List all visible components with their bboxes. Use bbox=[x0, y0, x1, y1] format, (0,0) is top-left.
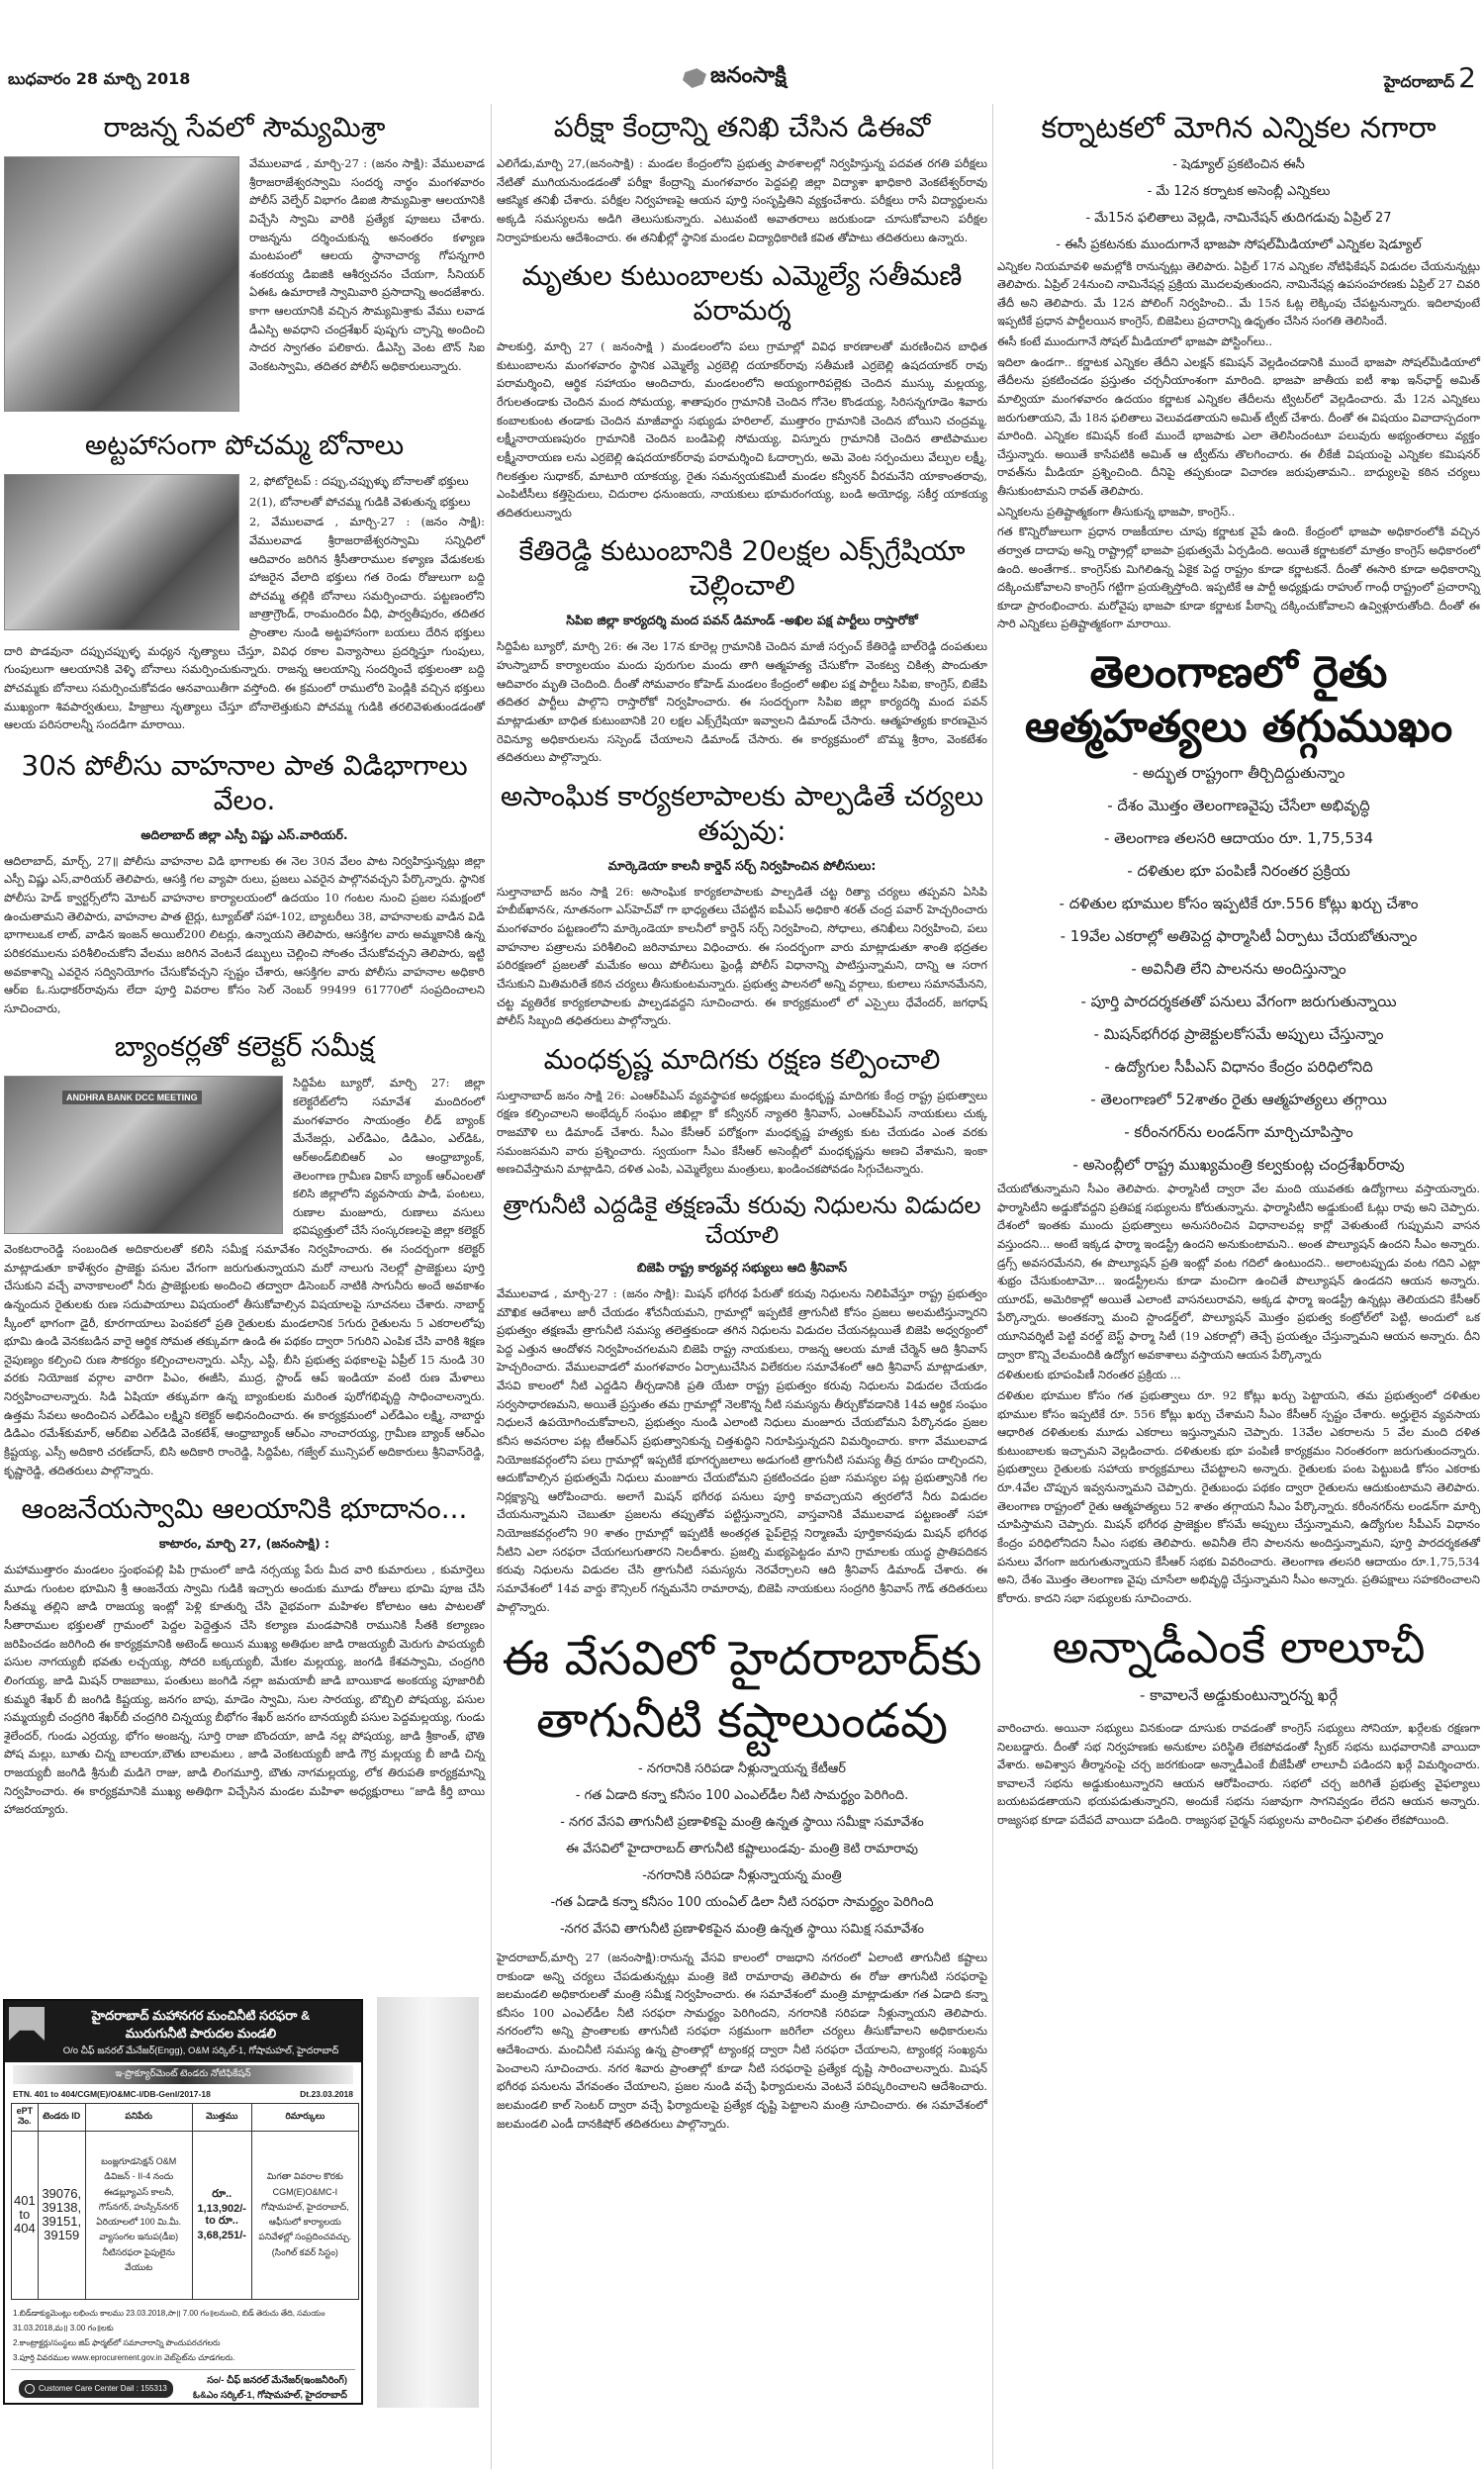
ad-signature: సం/- చీఫ్ జనరల్ మేనేజర్(ఇంజనీరింగ్) ఓ&ఎం… bbox=[193, 2374, 347, 2403]
column-divider bbox=[992, 104, 993, 2469]
summary-bullet: - కరీంనగర్‌ను లండన్‌గా మార్చిచూపిస్తాం bbox=[997, 1123, 1480, 1145]
masthead: బుధవారం 28 మార్చి 2018 జనంసాక్షి హైదరాబా… bbox=[0, 61, 1484, 97]
subsection-heading: ఎన్నికలను ప్రతిష్టాత్మకంగా తీసుకున్న భాజ… bbox=[997, 503, 1480, 522]
summary-bullet: - తెలంగాణలో 52శాతం రైతు ఆత్మహత్యలు తగ్గా… bbox=[997, 1091, 1480, 1112]
summary-bullet: - మిషన్‌భగీరథ ప్రాజెక్టులకోసమే అప్పులు చ… bbox=[997, 1025, 1480, 1047]
ad-note: 1.బిడ్‌డాక్యుమెంట్లు లభించు కాలము 23.03.… bbox=[13, 2306, 353, 2335]
telangana-map-icon bbox=[683, 68, 706, 88]
ad-org-line2: మురుగునీటి పారుదల మండలి bbox=[45, 2025, 357, 2043]
summary-bullet: - దళితుల భూముల కోసం ఇప్పటికే రూ.556 కోట్… bbox=[997, 895, 1480, 916]
article-headline: తెలంగాణలో రైతు ఆత్మహత్యలు తగ్గుముఖం bbox=[997, 645, 1480, 754]
edition-label: హైదరాబాద్2 bbox=[1384, 61, 1476, 95]
work-name: బంజ్లగూడసెక్షన్ O&M డివిజన్ - II-4 నందు … bbox=[85, 2131, 192, 2299]
article-body: వారించారు. అయినా సభ్యులు వినకుండా దూసుకు… bbox=[997, 1719, 1480, 1830]
article-body: చేయబోతున్నామని సీఎం తెలిపారు. ఫార్మాసిటీ… bbox=[997, 1180, 1480, 1607]
summary-bullet: - మే 12న కర్నాటక అసెంబ్లీ ఎన్నికలు bbox=[997, 184, 1480, 202]
summary-bullet: - అద్భుత రాష్ట్రంగా తీర్చిదిద్దుతున్నాం bbox=[997, 764, 1480, 786]
summary-bullet: - తెలంగాణ తలసరి ఆదాయం రూ. 1,75,534 bbox=[997, 829, 1480, 851]
article-subhead: సిపిఐ జిల్లా కార్యదర్శి మంద పవన్ డిమాండ్… bbox=[497, 613, 987, 631]
bonalu-photo bbox=[4, 474, 239, 630]
temple-photo bbox=[4, 156, 239, 412]
article-anjaneya: ఆంజనేయస్వామి ఆలయానికి భూదానం... కాటారం, … bbox=[4, 1491, 485, 1819]
summary-bullet: - గత ఏడాది కన్నా కనీసం 100 ఎంఎల్‌డీల నీట… bbox=[497, 1788, 987, 1806]
summary-bullet: - దళితుల భూ పంపిణీ నిరంతర ప్రక్రియ bbox=[997, 862, 1480, 884]
summary-bullet: - నగరానికి సరిపడా నీళ్లున్నాయన్న కేటీఆర్ bbox=[497, 1761, 987, 1779]
issue-date: బుధవారం 28 మార్చి 2018 bbox=[8, 69, 190, 92]
headline-line: ఈ వేసవిలో హైదరాబాద్‌కు bbox=[497, 1628, 987, 1689]
subsection-heading: ఈసీ కంటే ముందుగానే సోషల్ మీడియాలో భాజపా … bbox=[997, 333, 1480, 351]
signature-line: సం/- చీఫ్ జనరల్ మేనేజర్(ఇంజనీరింగ్) bbox=[193, 2374, 347, 2388]
summary-bullet: -నగరానికి సరిపడా నీళ్లున్నాయన్న మంత్రి bbox=[497, 1868, 987, 1886]
article-headline: అన్నాడీఎంకే లాలూచీ bbox=[997, 1619, 1480, 1676]
page-number: 2 bbox=[1458, 61, 1476, 94]
article-subhead: బిజెపి రాష్ట్ర కార్యవర్గ సభ్యులు ఆది శ్ర… bbox=[497, 1260, 987, 1279]
article-headline: అట్టహాసంగా పోచమ్మ బోనాలు bbox=[4, 428, 485, 462]
article-headline: అసాంఘిక కార్యకలాపాలకు పాల్పడితే చర్యలు త… bbox=[497, 779, 987, 848]
col-header: రిమార్కులు bbox=[251, 2103, 358, 2131]
article-mla-wife-visit: మృతుల కుటుంబాలకు ఎమ్మెల్యే సతీమణి పరామర్… bbox=[497, 258, 987, 522]
article-headline: త్రాగునీటి ఎద్దడికై తక్షణమే కరువు నిధులన… bbox=[497, 1190, 987, 1250]
ad-note: 2.కాంట్రాక్టర్లు/సంస్థలు జిప్ ఫార్మట్‌లో… bbox=[13, 2335, 353, 2350]
customer-care-text: Customer Care Center Dail : 155313 bbox=[39, 2384, 167, 2393]
paragraph: చేయబోతున్నామని సీఎం తెలిపారు. ఫార్మాసిటీ… bbox=[997, 1180, 1480, 1364]
paragraph: గత కొన్నిరోజులుగా ప్రధాన రాజకీయాల చూపు క… bbox=[997, 523, 1480, 633]
headline-line: తెలంగాణలో రైతు bbox=[997, 645, 1480, 700]
col-header: ePT నెం. bbox=[12, 2103, 39, 2131]
article-dateline: కాటారం, మార్చి 27, (జనంసాక్షి) : bbox=[4, 1536, 485, 1555]
ad-footer: Customer Care Center Dail : 155313 సం/- … bbox=[11, 2369, 355, 2407]
article-pochamma: అట్టహాసంగా పోచమ్మ బోనాలు 2, ఫోటోరైటప్ : … bbox=[4, 428, 485, 736]
logo-text: జనంసాక్షి bbox=[710, 63, 787, 93]
middle-column: పరీక్షా కేంద్రాన్ని తనిఖి చేసిన డిఈవో ఎల… bbox=[497, 104, 987, 2144]
ad-ref-number: ETN. 401 to 404/CGM(E)/O&MC-I/DB-Genl/20… bbox=[13, 2089, 211, 2099]
article-headline: కర్నాటకలో మోగిన ఎన్నికల నగారా bbox=[997, 110, 1480, 147]
article-rajanna: రాజన్న సేవలో సౌమ్యమిశ్రా వేములవాడ , మార్… bbox=[4, 110, 485, 416]
article-body: ఆదిలాబాద్, మార్చ్, 27॥ పోలీసు వాహనాల విడ… bbox=[4, 852, 485, 1018]
customer-care-badge: Customer Care Center Dail : 155313 bbox=[19, 2380, 173, 2398]
ad-notification-band: ఇ-ప్రొక్యూర్‌మెంట్ టెండరు నోటిఫికేషన్ bbox=[13, 2065, 353, 2084]
summary-bullet: - షెడ్యూల్ ప్రకటించిన ఈసీ bbox=[997, 157, 1480, 175]
table-row: 401 to 404 39076, 39138, 39151, 39159 బం… bbox=[12, 2131, 359, 2299]
article-body: సుల్తానాబాద్ జనం సాక్షి 26: ఎంఆర్‌పిఎస్ … bbox=[497, 1087, 987, 1179]
paragraph: దళితుల భూముల కోసం గత ప్రభుత్వాలు రూ. 92 … bbox=[997, 1386, 1480, 1608]
article-subhead: అదిలాబాద్ జిల్లా ఎస్పీ విష్ణు ఎస్.వారియర… bbox=[4, 827, 485, 846]
summary-bullet: - అసెంబ్లీలో రాష్ట్ర ముఖ్యమంత్రి కల్వకుం… bbox=[997, 1156, 1480, 1178]
hmwssb-emblem-icon bbox=[9, 2007, 45, 2041]
phone-icon bbox=[25, 2384, 35, 2394]
article-exam-center: పరీక్షా కేంద్రాన్ని తనిఖి చేసిన డిఈవో ఎల… bbox=[497, 110, 987, 246]
ept-number: 401 to 404 bbox=[12, 2131, 39, 2299]
article-headline: మృతుల కుటుంబాలకు ఎమ్మెల్యే సతీమణి పరామర్… bbox=[497, 258, 987, 328]
article-antisocial: అసాంఘిక కార్యకలాపాలకు పాల్పడితే చర్యలు త… bbox=[497, 779, 987, 1030]
article-kethireddy: కేతిరెడ్డి కుటుంబానికి 20లక్షల ఎక్స్‌గ్ర… bbox=[497, 533, 987, 766]
article-hyderabad-water: ఈ వేసవిలో హైదరాబాద్‌కు తాగునీటి కష్టాలుం… bbox=[497, 1628, 987, 2133]
summary-bullet: ఈ వేసవిలో హైదారాబద్ తాగునీటి కష్టాలుండవు… bbox=[497, 1842, 987, 1859]
article-police-auction: 30న పోలీసు వాహనాల పాత విడిభాగాలు వేలం. అ… bbox=[4, 748, 485, 1018]
col-header: పనిపేరు bbox=[85, 2103, 192, 2131]
article-body: మహాముత్తారం మండలం స్తంభంపల్లి పిపి గ్రామ… bbox=[4, 1561, 485, 1819]
summary-bullet: -గత ఏడాడి కన్నా కనీసం 100 యంఏల్ డిలా నీట… bbox=[497, 1895, 987, 1913]
remarks: మిగతా వివరాల కొరకు CGM(E)O&MC-I గోషామహల్… bbox=[251, 2131, 358, 2299]
meeting-photo: ANDHRA BANK DCC MEETING bbox=[4, 1076, 283, 1234]
article-farmer-suicides: తెలంగాణలో రైతు ఆత్మహత్యలు తగ్గుముఖం - అద… bbox=[997, 645, 1480, 1607]
ad-notes: 1.బిడ్‌డాక్యుమెంట్లు లభించు కాలము 23.03.… bbox=[5, 2302, 361, 2370]
article-aiadmk: అన్నాడీఎంకే లాలూచీ - కావాలనే అడ్డుకుంటున… bbox=[997, 1619, 1480, 1829]
ad-header: హైదరాబాద్ మహానగర మంచినీటి సరఫరా & మురుగు… bbox=[5, 2001, 361, 2062]
article-body: సుల్తానాబాద్ జనం సాక్షి 26: అసాంఘిక కార్… bbox=[497, 883, 987, 1030]
summary-bullet: -నగర వేసవి తాగునీటి ప్రణాళికపైన మంత్రి ఉ… bbox=[497, 1922, 987, 1940]
newspaper-logo: జనంసాక్షి bbox=[683, 63, 787, 93]
article-subhead: మార్కెడెయా కాలనీ కార్డెన్ సర్చ్ నిర్వహిం… bbox=[497, 858, 987, 877]
ad-reference: ETN. 401 to 404/CGM(E)/O&MC-I/DB-Genl/20… bbox=[5, 2087, 361, 2101]
article-headline: ఈ వేసవిలో హైదరాబాద్‌కు తాగునీటి కష్టాలుం… bbox=[497, 1628, 987, 1752]
ad-org-line1: హైదరాబాద్ మహానగర మంచినీటి సరఫరా & bbox=[45, 2007, 357, 2025]
article-headline: 30న పోలీసు వాహనాల పాత విడిభాగాలు వేలం. bbox=[4, 748, 485, 817]
col-header: టెండరు ID bbox=[38, 2103, 85, 2131]
subsection-heading: దళితులకు భూపంపిణీ నిరంతర ప్రక్రియ ... bbox=[997, 1366, 1480, 1384]
article-bankers-review: బ్యాంకర్లతో కలెక్టర్ సమీక్ష ANDHRA BANK … bbox=[4, 1029, 485, 1479]
article-drinking-water-funds: త్రాగునీటి ఎద్దడికై తక్షణమే కరువు నిధులన… bbox=[497, 1190, 987, 1616]
article-headline: ఆంజనేయస్వామి ఆలయానికి భూదానం... bbox=[4, 1491, 485, 1526]
summary-bullet: - మే15న ఫలితాలు వెల్లడి, నామినేషన్ తుదిగ… bbox=[997, 211, 1480, 229]
article-karnataka-elections: కర్నాటకలో మోగిన ఎన్నికల నగారా - షెడ్యూల్… bbox=[997, 110, 1480, 633]
col-header: మొత్తము bbox=[192, 2103, 251, 2131]
column-divider bbox=[491, 104, 492, 2469]
article-body: సిద్దిపేట బ్యూరో, మార్చి 26: ఈ నెల 17న క… bbox=[497, 637, 987, 766]
article-headline: రాజన్న సేవలో సౌమ్యమిశ్రా bbox=[4, 110, 485, 144]
ad-note: 3.పూర్తి వివరముల www.eprocurement.gov.in… bbox=[13, 2350, 353, 2365]
right-column: కర్నాటకలో మోగిన ఎన్నికల నగారా - షెడ్యూల్… bbox=[997, 104, 1480, 1842]
article-mandakrishna: మంధకృష్ణ మాదిగకు రక్షణ కల్పించాలి సుల్తా… bbox=[497, 1042, 987, 1179]
ad-office: O/o చీఫ్ జనరల్ మేనేజర్(Engg), O&M సర్కిల… bbox=[45, 2045, 357, 2057]
article-headline: మంధకృష్ణ మాదిగకు రక్షణ కల్పించాలి bbox=[497, 1042, 987, 1077]
tender-ids: 39076, 39138, 39151, 39159 bbox=[38, 2131, 85, 2299]
article-body: పాలకుర్తి, మార్చి 27 ( జనంసాక్షి ) మండలం… bbox=[497, 337, 987, 522]
table-header-row: ePT నెం. టెండరు ID పనిపేరు మొత్తము రిమార… bbox=[12, 2103, 359, 2131]
photo-banner-text: ANDHRA BANK DCC MEETING bbox=[62, 1091, 202, 1104]
summary-bullet: - అవినీతి లేని పాలనను అందిస్తున్నాం bbox=[997, 960, 1480, 982]
summary-bullet: - ఉద్యోగుల సీపీఎస్ విధానం కేంద్రం పరిధిల… bbox=[997, 1058, 1480, 1080]
headline-line: ఆత్మహత్యలు తగ్గుముఖం bbox=[997, 700, 1480, 754]
summary-bullet: - 19వేల ఎకరాల్లో అతిపెద్ద ఫార్మాసిటీ ఏర్… bbox=[997, 927, 1480, 949]
tender-advertisement: హైదరాబాద్ మహానగర మంచినీటి సరఫరా & మురుగు… bbox=[3, 1999, 363, 2405]
paragraph: ఇదిలా ఉండగా.. కర్ణాటక ఎన్నికల తేదీని ఎలక… bbox=[997, 353, 1480, 501]
summary-bullet: - నగర వేసవి తాగునీటి ప్రణాళికపై మంత్రి ఉ… bbox=[497, 1815, 987, 1833]
paragraph: ఎన్నికల నియమావళి అమల్లోకి రానున్నట్లు తె… bbox=[997, 257, 1480, 332]
article-body: ఎలిగేడు,మార్చి 27,(జనంసాక్షి) : మండల కేం… bbox=[497, 154, 987, 246]
summary-bullet: - దేశం మొత్తం తెలంగాణవైపు చేసేలా అభివృద్… bbox=[997, 797, 1480, 818]
blank-ad-space bbox=[377, 1997, 479, 2408]
edition-name: హైదరాబాద్ bbox=[1384, 72, 1454, 91]
ad-date: Dt.23.03.2018 bbox=[300, 2089, 353, 2099]
signature-line: ఓ&ఎం సర్కిల్-1, గోషామహల్, హైదరాబాద్ bbox=[193, 2389, 347, 2403]
summary-bullet: - కావాలనే అడ్డుకుంటున్నారన్న ఖర్గే bbox=[997, 1686, 1480, 1708]
amount: రూ.. 1,13,902/- to రూ.. 3,68,251/- bbox=[192, 2131, 251, 2299]
tender-table: ePT నెం. టెండరు ID పనిపేరు మొత్తము రిమార… bbox=[11, 2103, 359, 2300]
article-body: ఎన్నికల నియమావళి అమల్లోకి రానున్నట్లు తె… bbox=[997, 257, 1480, 634]
article-headline: పరీక్షా కేంద్రాన్ని తనిఖి చేసిన డిఈవో bbox=[497, 110, 987, 144]
left-column: రాజన్న సేవలో సౌమ్యమిశ్రా వేములవాడ , మార్… bbox=[4, 104, 485, 1831]
article-body: హైదరాబాద్,మార్చి 27 (జనంసాక్షి):రానున్న … bbox=[497, 1949, 987, 2133]
article-body: వేములవాడ , మార్చి-27 : (జనం సాక్షి): మిష… bbox=[497, 1285, 987, 1616]
headline-line: తాగునీటి కష్టాలుండవు bbox=[497, 1690, 987, 1752]
summary-bullet: - పూర్తి పారదర్శకతతో పనులు వేగంగా జరుగుత… bbox=[997, 993, 1480, 1014]
article-headline: బ్యాంకర్లతో కలెక్టర్ సమీక్ష bbox=[4, 1029, 485, 1064]
summary-bullet: - ఈసీ ప్రకటనకు ముందుగానే భాజపా సోషల్‌మీడ… bbox=[997, 238, 1480, 255]
article-headline: కేతిరెడ్డి కుటుంబానికి 20లక్షల ఎక్స్‌గ్ర… bbox=[497, 533, 987, 603]
